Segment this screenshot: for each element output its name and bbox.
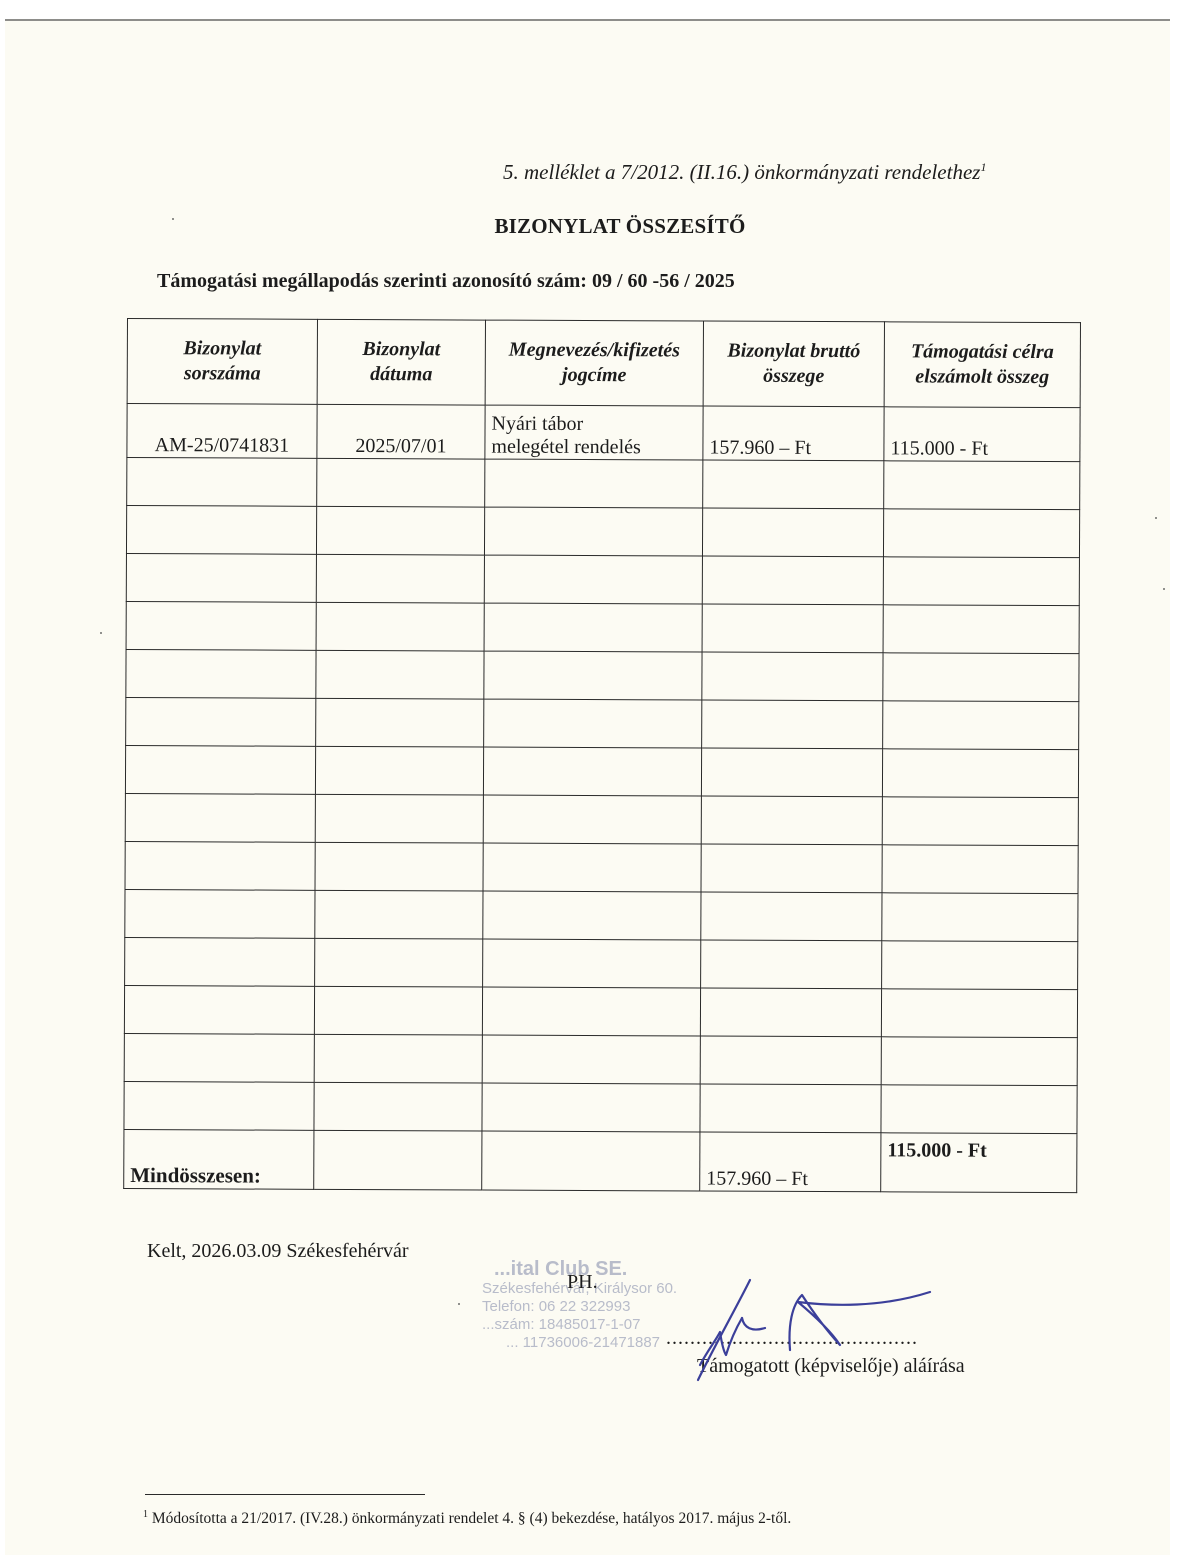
scan-speck (1163, 588, 1165, 590)
empty-cell (125, 841, 315, 890)
empty-cell (315, 842, 483, 891)
table-row (125, 745, 1078, 797)
header-description: Megnevezés/kifizetésjogcíme (485, 320, 703, 406)
empty-cell (700, 1084, 881, 1133)
footnote-marker: 1 (980, 160, 986, 174)
empty-cell (314, 1034, 482, 1083)
cell-description: Nyári tábormelegétel rendelés (485, 405, 703, 460)
empty-cell (482, 1035, 700, 1084)
empty-cell (125, 937, 315, 986)
total-row: Mindösszesen: 157.960 – Ft 115.000 - Ft (124, 1129, 1077, 1192)
annex-reference-text: 5. melléklet a 7/2012. (II.16.) önkormán… (503, 160, 980, 184)
scan-speck (458, 1303, 460, 1305)
empty-cell (483, 795, 701, 844)
empty-cell (701, 796, 882, 845)
empty-cell (701, 892, 882, 941)
empty-cell (316, 650, 484, 699)
empty-cell (125, 889, 315, 938)
empty-cell (124, 1033, 314, 1082)
empty-cell (881, 1085, 1077, 1134)
header-gross-amount: Bizonylat bruttóösszege (703, 321, 884, 407)
table-row (126, 506, 1079, 558)
empty-cell (124, 985, 314, 1034)
empty-cell (883, 557, 1079, 606)
empty-cell (485, 459, 703, 508)
empty-cell (701, 748, 882, 797)
empty-cell (702, 508, 883, 557)
scan-speck (100, 632, 102, 634)
table-row (125, 937, 1078, 989)
table-row (127, 458, 1080, 510)
empty-cell (126, 506, 316, 555)
empty-cell (125, 793, 315, 842)
empty-cell (702, 700, 883, 749)
footnote-marker: 1 (143, 1509, 148, 1520)
empty-cell (317, 458, 485, 507)
agreement-id-line: Támogatási megállapodás szerinti azonosí… (157, 270, 735, 293)
table-row: AM-25/0741831 2025/07/01 Nyári tábormele… (127, 404, 1080, 462)
empty-cell (125, 745, 315, 794)
receipt-summary-table: Bizonylatsorszáma Bizonylatdátuma Megnev… (123, 318, 1081, 1193)
table-row (124, 1033, 1077, 1085)
date-place-line: Kelt, 2026.03.09 Székesfehérvár (147, 1240, 409, 1263)
cell-receipt-number: AM-25/0741831 (127, 404, 317, 459)
stamp-place-label: PH. (567, 1271, 598, 1294)
table-row (126, 601, 1079, 653)
empty-cell (127, 458, 317, 507)
empty-cell (314, 986, 482, 1035)
empty-cell (484, 651, 702, 700)
footnote-divider (145, 1494, 425, 1495)
empty-cell (484, 699, 702, 748)
footnote: 1 Módosította a 21/2017. (IV.28.) önkorm… (143, 1509, 791, 1528)
empty-cell (483, 891, 701, 940)
header-receipt-date: Bizonylatdátuma (317, 319, 485, 405)
empty-cell (883, 701, 1079, 750)
stamp-account: ... 11736006-21471887 (466, 1334, 677, 1352)
table-row (124, 1081, 1077, 1133)
empty-cell (881, 989, 1077, 1038)
empty-cell (881, 1037, 1077, 1086)
empty-cell (316, 602, 484, 651)
empty-cell (882, 797, 1078, 846)
empty-cell (700, 1036, 881, 1085)
handwritten-signature-icon (680, 1270, 950, 1390)
empty-cell (702, 556, 883, 605)
empty-cell (126, 601, 316, 650)
empty-cell (883, 653, 1079, 702)
cell-receipt-date: 2025/07/01 (317, 404, 485, 459)
footnote-text: Módosította a 21/2017. (IV.28.) önkormán… (152, 1510, 791, 1527)
empty-cell (124, 1081, 314, 1130)
table-row (124, 985, 1077, 1037)
empty-cell (702, 652, 883, 701)
empty-cell (484, 603, 702, 652)
header-receipt-number: Bizonylatsorszáma (127, 319, 317, 405)
empty-cell (882, 941, 1078, 990)
empty-cell (316, 554, 484, 603)
empty-cell (315, 746, 483, 795)
total-gross-amount: 157.960 – Ft (700, 1132, 881, 1192)
empty-cell (484, 507, 702, 556)
table-row (125, 841, 1078, 893)
empty-cell (703, 460, 884, 509)
empty-cell (482, 1083, 700, 1132)
total-label: Mindösszesen: (124, 1129, 314, 1189)
empty-cell (482, 987, 700, 1036)
scan-speck (1155, 517, 1157, 519)
scan-speck (172, 218, 174, 220)
document-title: BIZONYLAT ÖSSZESÍTŐ (0, 214, 1200, 239)
empty-cell (483, 747, 701, 796)
empty-cell (483, 843, 701, 892)
empty-cell (316, 506, 484, 555)
empty-cell (883, 605, 1079, 654)
table-row (125, 889, 1078, 941)
table-header-row: Bizonylatsorszáma Bizonylatdátuma Megnev… (127, 319, 1080, 408)
annex-reference: 5. melléklet a 7/2012. (II.16.) önkormán… (503, 160, 986, 185)
empty-cell (700, 988, 881, 1037)
empty-cell (701, 940, 882, 989)
empty-cell (315, 794, 483, 843)
empty-cell (882, 893, 1078, 942)
total-empty-cell (482, 1131, 700, 1191)
empty-cell (701, 844, 882, 893)
stamp-phone: Telefon: 06 22 322993 (466, 1298, 677, 1316)
empty-cell (316, 698, 484, 747)
total-subsidy-amount: 115.000 - Ft (881, 1133, 1077, 1193)
cell-gross-amount: 157.960 – Ft (703, 406, 884, 461)
table-row (126, 649, 1079, 701)
empty-cell (484, 555, 702, 604)
empty-cell (315, 938, 483, 987)
empty-cell (883, 509, 1079, 558)
empty-cell (126, 697, 316, 746)
empty-cell (314, 1082, 482, 1131)
stamp-tax-number: ...szám: 18485017-1-07 (466, 1316, 677, 1334)
empty-cell (483, 939, 701, 988)
empty-cell (126, 649, 316, 698)
empty-cell (315, 890, 483, 939)
total-empty-cell (314, 1130, 482, 1190)
empty-cell (126, 553, 316, 602)
cell-subsidy-amount: 115.000 - Ft (884, 407, 1080, 462)
empty-cell (702, 604, 883, 653)
empty-cell (882, 845, 1078, 894)
table-row (126, 553, 1079, 605)
table-row (126, 697, 1079, 749)
header-subsidy-amount: Támogatási célraelszámolt összeg (884, 322, 1080, 408)
empty-cell (884, 461, 1080, 510)
table-row (125, 793, 1078, 845)
empty-cell (882, 749, 1078, 798)
